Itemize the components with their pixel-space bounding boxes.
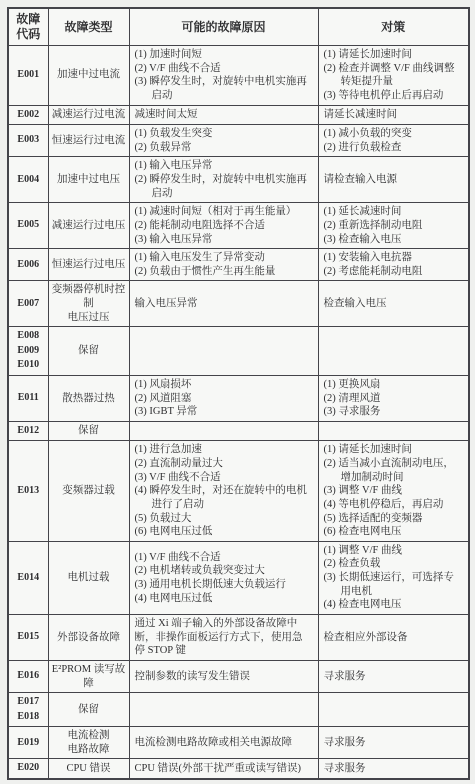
fault-type: 恒速运行过电流 xyxy=(51,134,127,148)
fault-action-item: 检查相应外部设备 xyxy=(324,631,464,645)
fault-action-item: (1) 请延长加速时间 xyxy=(324,48,464,62)
fault-cause-item: 控制参数的读写发生错误 xyxy=(135,670,313,684)
fault-code: E013 xyxy=(10,484,47,499)
fault-code: E014 xyxy=(10,571,47,586)
fault-cause-item: (3) 通用电机长期低速大负载运行 xyxy=(135,578,313,592)
fault-type-cell: 外部设备故障 xyxy=(48,615,129,661)
fault-code: E018 xyxy=(10,710,47,725)
fault-action-item: (2) 进行负载检查 xyxy=(324,141,464,155)
fault-type-cell: 散热器过热 xyxy=(48,375,129,421)
fault-action-item: (2) 检查负载 xyxy=(324,557,464,571)
fault-cause-item: (1) V/F 曲线不合适 xyxy=(135,551,313,565)
fault-action-item: (1) 调整 V/F 曲线 xyxy=(324,544,464,558)
fault-cause-item: (4) 电网电压过低 xyxy=(135,592,313,606)
fault-cause-item: (5) 负载过大 xyxy=(135,512,313,526)
fault-code-table: 故障代码 故障类型 可能的故障原因 对策 E001加速中过电流(1) 加速时间短… xyxy=(7,7,470,780)
fault-causes-cell: 通过 Xi 端子输入的外部设备故障中断，非操作面板运行方式下，使用急停 STOP… xyxy=(129,615,318,661)
fault-actions-cell: (1) 请延长加速时间(2) 检查并调整 V/F 曲线调整转矩提升量(3) 等待… xyxy=(318,46,469,106)
fault-code: E012 xyxy=(10,424,47,439)
fault-code: E003 xyxy=(10,133,47,148)
table-row: E008E009E010保留 xyxy=(8,327,469,376)
fault-actions-cell: (1) 安装输入电抗器(2) 考虑能耗制动电阻 xyxy=(318,249,469,281)
table-row: E016E²PROM 读写故障控制参数的读写发生错误寻求服务 xyxy=(8,660,469,692)
table-row: E012保留 xyxy=(8,421,469,441)
fault-action-item: (2) 考虑能耗制动电阻 xyxy=(324,265,464,279)
table-row: E019电流检测电路故障电流检测电路故障或相关电源故障寻求服务 xyxy=(8,727,469,759)
table-row: E001加速中过电流(1) 加速时间短(2) V/F 曲线不合适(3) 瞬停发生… xyxy=(8,46,469,106)
fault-cause-item: (3) IGBT 异常 xyxy=(135,405,313,419)
fault-action-item: (3) 长期低速运行，可选择专用电机 xyxy=(324,571,464,598)
fault-actions-cell: 寻求服务 xyxy=(318,759,469,779)
header-row: 故障代码 故障类型 可能的故障原因 对策 xyxy=(8,8,469,46)
fault-cause-item: (1) 输入电压异常 xyxy=(135,159,313,173)
fault-causes-cell: 电流检测电路故障或相关电源故障 xyxy=(129,727,318,759)
fault-type: 加速中过电流 xyxy=(51,68,127,82)
fault-actions-cell: 检查输入电压 xyxy=(318,281,469,327)
fault-type-cell: 保留 xyxy=(48,327,129,376)
fault-type-cell: 保留 xyxy=(48,693,129,727)
col-header-possible-cause: 可能的故障原因 xyxy=(129,8,318,46)
fault-cause-item: (1) 进行急加速 xyxy=(135,443,313,457)
fault-action-item: (1) 更换风扇 xyxy=(324,378,464,392)
fault-actions-cell: 检查相应外部设备 xyxy=(318,615,469,661)
fault-code-cell: E011 xyxy=(8,375,48,421)
fault-action-item: (5) 选择适配的变频器 xyxy=(324,512,464,526)
fault-type-cell: 恒速运行过电流 xyxy=(48,125,129,157)
fault-action-item: 寻求服务 xyxy=(324,762,464,776)
fault-actions-cell: (1) 调整 V/F 曲线(2) 检查负载(3) 长期低速运行，可选择专用电机(… xyxy=(318,541,469,614)
fault-type: 电流检测 xyxy=(51,729,127,743)
table-header: 故障代码 故障类型 可能的故障原因 对策 xyxy=(8,8,469,46)
fault-action-item: 寻求服务 xyxy=(324,670,464,684)
fault-causes-cell: CPU 错误(外部干扰严重或读写错误) xyxy=(129,759,318,779)
fault-code: E019 xyxy=(10,736,47,751)
fault-cause-item: 输入电压异常 xyxy=(135,297,313,311)
table-row: E007变频器停机时控制电压过压输入电压异常检查输入电压 xyxy=(8,281,469,327)
fault-type-cell: 减速运行过电压 xyxy=(48,203,129,249)
fault-code: E020 xyxy=(10,761,47,776)
fault-type-cell: 电流检测电路故障 xyxy=(48,727,129,759)
fault-code-cell: E013 xyxy=(8,441,48,541)
fault-cause-item: (6) 电网电压过低 xyxy=(135,525,313,539)
fault-causes-cell: (1) 加速时间短(2) V/F 曲线不合适(3) 瞬停发生时，对旋转中电机实施… xyxy=(129,46,318,106)
fault-action-item: (1) 请延长加速时间 xyxy=(324,443,464,457)
fault-type: 外部设备故障 xyxy=(51,631,127,645)
fault-causes-cell: 输入电压异常 xyxy=(129,281,318,327)
fault-type: 加速中过电压 xyxy=(51,173,127,187)
fault-causes-cell: (1) 风扇损坏(2) 风道阻塞(3) IGBT 异常 xyxy=(129,375,318,421)
fault-type-cell: CPU 错误 xyxy=(48,759,129,779)
fault-code-cell: E002 xyxy=(8,105,48,125)
fault-causes-cell: 减速时间太短 xyxy=(129,105,318,125)
fault-action-item: (2) 检查并调整 V/F 曲线调整转矩提升量 xyxy=(324,62,464,89)
fault-causes-cell: (1) 进行急加速(2) 直流制动量过大(3) V/F 曲线不合适(4) 瞬停发… xyxy=(129,441,318,541)
fault-code: E005 xyxy=(10,218,47,233)
fault-actions-cell: (1) 减小负载的突变(2) 进行负载检查 xyxy=(318,125,469,157)
fault-type-cell: 变频器停机时控制电压过压 xyxy=(48,281,129,327)
fault-code: E008 xyxy=(10,329,47,344)
fault-type-cell: 减速运行过电流 xyxy=(48,105,129,125)
fault-type: 减速运行过电流 xyxy=(51,108,127,122)
fault-code-cell: E005 xyxy=(8,203,48,249)
fault-code-cell: E014 xyxy=(8,541,48,614)
fault-action-item: (3) 寻求服务 xyxy=(324,405,464,419)
table-row: E003恒速运行过电流(1) 负载发生突变(2) 负载异常(1) 减小负载的突变… xyxy=(8,125,469,157)
fault-type: 电机过载 xyxy=(51,571,127,585)
fault-type: CPU 错误 xyxy=(51,762,127,776)
fault-causes-cell: (1) 输入电压发生了异常变动(2) 负载由于惯性产生再生能量 xyxy=(129,249,318,281)
fault-cause-item: (3) 输入电压异常 xyxy=(135,233,313,247)
fault-cause-item: CPU 错误(外部干扰严重或读写错误) xyxy=(135,762,313,776)
fault-code-cell: E006 xyxy=(8,249,48,281)
fault-type: E²PROM 读写故障 xyxy=(51,663,127,690)
fault-code: E011 xyxy=(10,391,47,406)
table-row: E004加速中过电压(1) 输入电压异常(2) 瞬停发生时，对旋转中电机实施再启… xyxy=(8,157,469,203)
fault-code: E017 xyxy=(10,695,47,710)
fault-cause-item: (2) 电机堵转或负载突变过大 xyxy=(135,564,313,578)
fault-action-item: (2) 适当减小直流制动电压，增加制动时间 xyxy=(324,457,464,484)
fault-cause-item: (1) 负载发生突变 xyxy=(135,127,313,141)
fault-code: E016 xyxy=(10,669,47,684)
fault-code-cell: E012 xyxy=(8,421,48,441)
fault-type: 电路故障 xyxy=(51,743,127,757)
fault-code-cell: E019 xyxy=(8,727,48,759)
fault-table-body: E001加速中过电流(1) 加速时间短(2) V/F 曲线不合适(3) 瞬停发生… xyxy=(8,46,469,779)
fault-action-item: (4) 检查电网电压 xyxy=(324,598,464,612)
fault-type: 保留 xyxy=(51,344,127,358)
fault-cause-item: 减速时间太短 xyxy=(135,108,313,122)
fault-type: 电压过压 xyxy=(51,311,127,325)
table-row: E015外部设备故障通过 Xi 端子输入的外部设备故障中断，非操作面板运行方式下… xyxy=(8,615,469,661)
fault-actions-cell: 请检查输入电源 xyxy=(318,157,469,203)
fault-action-item: (1) 延长减速时间 xyxy=(324,205,464,219)
fault-type: 保留 xyxy=(51,424,127,438)
col-header-countermeasure: 对策 xyxy=(318,8,469,46)
fault-type-cell: 加速中过电压 xyxy=(48,157,129,203)
fault-actions-cell: (1) 延长减速时间(2) 重新选择制动电阻(3) 检查输入电压 xyxy=(318,203,469,249)
fault-code: E001 xyxy=(10,68,47,83)
fault-actions-cell: 寻求服务 xyxy=(318,660,469,692)
fault-cause-item: (2) 瞬停发生时，对旋转中电机实施再启动 xyxy=(135,173,313,200)
fault-cause-item: (2) V/F 曲线不合适 xyxy=(135,62,313,76)
fault-type-cell: 恒速运行过电压 xyxy=(48,249,129,281)
fault-cause-item: 通过 Xi 端子输入的外部设备故障中断，非操作面板运行方式下，使用急停 STOP… xyxy=(135,617,313,658)
fault-cause-item: (4) 瞬停发生时，对还在旋转中的电机进行了启动 xyxy=(135,484,313,511)
fault-type: 变频器过载 xyxy=(51,484,127,498)
fault-action-item: (6) 检查电网电压 xyxy=(324,525,464,539)
fault-code: E007 xyxy=(10,297,47,312)
fault-cause-item: (1) 减速时间短（相对于再生能量） xyxy=(135,205,313,219)
fault-code: E015 xyxy=(10,630,47,645)
fault-actions-cell: (1) 请延长加速时间(2) 适当减小直流制动电压，增加制动时间(3) 调整 V… xyxy=(318,441,469,541)
table-row: E002减速运行过电流减速时间太短请延长减速时间 xyxy=(8,105,469,125)
fault-cause-item: (2) 直流制动量过大 xyxy=(135,457,313,471)
fault-action-item: 寻求服务 xyxy=(324,736,464,750)
fault-action-item: 请检查输入电源 xyxy=(324,173,464,187)
col-header-fault-type: 故障类型 xyxy=(48,8,129,46)
fault-cause-item: (3) 瞬停发生时，对旋转中电机实施再启动 xyxy=(135,75,313,102)
fault-cause-item: (1) 加速时间短 xyxy=(135,48,313,62)
fault-type: 保留 xyxy=(51,703,127,717)
fault-type-cell: 加速中过电流 xyxy=(48,46,129,106)
fault-code-cell: E008E009E010 xyxy=(8,327,48,376)
fault-action-item: (1) 安装输入电抗器 xyxy=(324,251,464,265)
table-row: E013变频器过载(1) 进行急加速(2) 直流制动量过大(3) V/F 曲线不… xyxy=(8,441,469,541)
fault-code-cell: E003 xyxy=(8,125,48,157)
table-row: E006恒速运行过电压(1) 输入电压发生了异常变动(2) 负载由于惯性产生再生… xyxy=(8,249,469,281)
fault-cause-item: (2) 风道阻塞 xyxy=(135,392,313,406)
table-row: E011散热器过热(1) 风扇损坏(2) 风道阻塞(3) IGBT 异常(1) … xyxy=(8,375,469,421)
fault-action-item: (1) 减小负载的突变 xyxy=(324,127,464,141)
table-row: E005减速运行过电压(1) 减速时间短（相对于再生能量）(2) 能耗制动电阻选… xyxy=(8,203,469,249)
fault-type-cell: 变频器过载 xyxy=(48,441,129,541)
fault-code-cell: E007 xyxy=(8,281,48,327)
fault-causes-cell xyxy=(129,327,318,376)
fault-code-cell: E015 xyxy=(8,615,48,661)
fault-code-cell: E016 xyxy=(8,660,48,692)
fault-causes-cell: (1) V/F 曲线不合适(2) 电机堵转或负载突变过大(3) 通用电机长期低速… xyxy=(129,541,318,614)
fault-action-item: (2) 重新选择制动电阻 xyxy=(324,219,464,233)
fault-cause-item: (1) 风扇损坏 xyxy=(135,378,313,392)
table-row: E017E018保留 xyxy=(8,693,469,727)
fault-cause-item: (1) 输入电压发生了异常变动 xyxy=(135,251,313,265)
fault-cause-item: (2) 负载由于惯性产生再生能量 xyxy=(135,265,313,279)
fault-type-cell: 保留 xyxy=(48,421,129,441)
fault-type-cell: E²PROM 读写故障 xyxy=(48,660,129,692)
fault-code: E002 xyxy=(10,108,47,123)
fault-actions-cell: 请延长减速时间 xyxy=(318,105,469,125)
fault-code-cell: E020 xyxy=(8,759,48,779)
fault-actions-cell xyxy=(318,327,469,376)
fault-cause-item: (3) V/F 曲线不合适 xyxy=(135,471,313,485)
fault-action-item: (2) 清理风道 xyxy=(324,392,464,406)
table-row: E020CPU 错误CPU 错误(外部干扰严重或读写错误)寻求服务 xyxy=(8,759,469,779)
fault-causes-cell xyxy=(129,421,318,441)
fault-type: 变频器停机时控制 xyxy=(51,283,127,310)
table-row: E014电机过载(1) V/F 曲线不合适(2) 电机堵转或负载突变过大(3) … xyxy=(8,541,469,614)
fault-code: E006 xyxy=(10,258,47,273)
fault-code: E009 xyxy=(10,344,47,359)
fault-causes-cell: (1) 输入电压异常(2) 瞬停发生时，对旋转中电机实施再启动 xyxy=(129,157,318,203)
fault-type: 减速运行过电压 xyxy=(51,219,127,233)
fault-actions-cell xyxy=(318,693,469,727)
document-page: 故障代码 故障类型 可能的故障原因 对策 E001加速中过电流(1) 加速时间短… xyxy=(0,0,475,784)
fault-action-item: 检查输入电压 xyxy=(324,297,464,311)
fault-type: 散热器过热 xyxy=(51,392,127,406)
col-header-fault-code: 故障代码 xyxy=(8,8,48,46)
fault-causes-cell: (1) 负载发生突变(2) 负载异常 xyxy=(129,125,318,157)
fault-type-cell: 电机过载 xyxy=(48,541,129,614)
fault-actions-cell xyxy=(318,421,469,441)
fault-action-item: (3) 调整 V/F 曲线 xyxy=(324,484,464,498)
fault-cause-item: 电流检测电路故障或相关电源故障 xyxy=(135,736,313,750)
fault-code-cell: E004 xyxy=(8,157,48,203)
fault-code-cell: E017E018 xyxy=(8,693,48,727)
fault-cause-item: (2) 负载异常 xyxy=(135,141,313,155)
fault-cause-item: (2) 能耗制动电阻选择不合适 xyxy=(135,219,313,233)
fault-code-cell: E001 xyxy=(8,46,48,106)
fault-action-item: (4) 等电机停稳后，再启动 xyxy=(324,498,464,512)
fault-actions-cell: 寻求服务 xyxy=(318,727,469,759)
fault-code: E010 xyxy=(10,358,47,373)
fault-causes-cell: (1) 减速时间短（相对于再生能量）(2) 能耗制动电阻选择不合适(3) 输入电… xyxy=(129,203,318,249)
fault-code: E004 xyxy=(10,173,47,188)
fault-causes-cell: 控制参数的读写发生错误 xyxy=(129,660,318,692)
fault-causes-cell xyxy=(129,693,318,727)
fault-action-item: 请延长减速时间 xyxy=(324,108,464,122)
fault-action-item: (3) 等待电机停止后再启动 xyxy=(324,89,464,103)
fault-actions-cell: (1) 更换风扇(2) 清理风道(3) 寻求服务 xyxy=(318,375,469,421)
fault-type: 恒速运行过电压 xyxy=(51,258,127,272)
fault-action-item: (3) 检查输入电压 xyxy=(324,233,464,247)
